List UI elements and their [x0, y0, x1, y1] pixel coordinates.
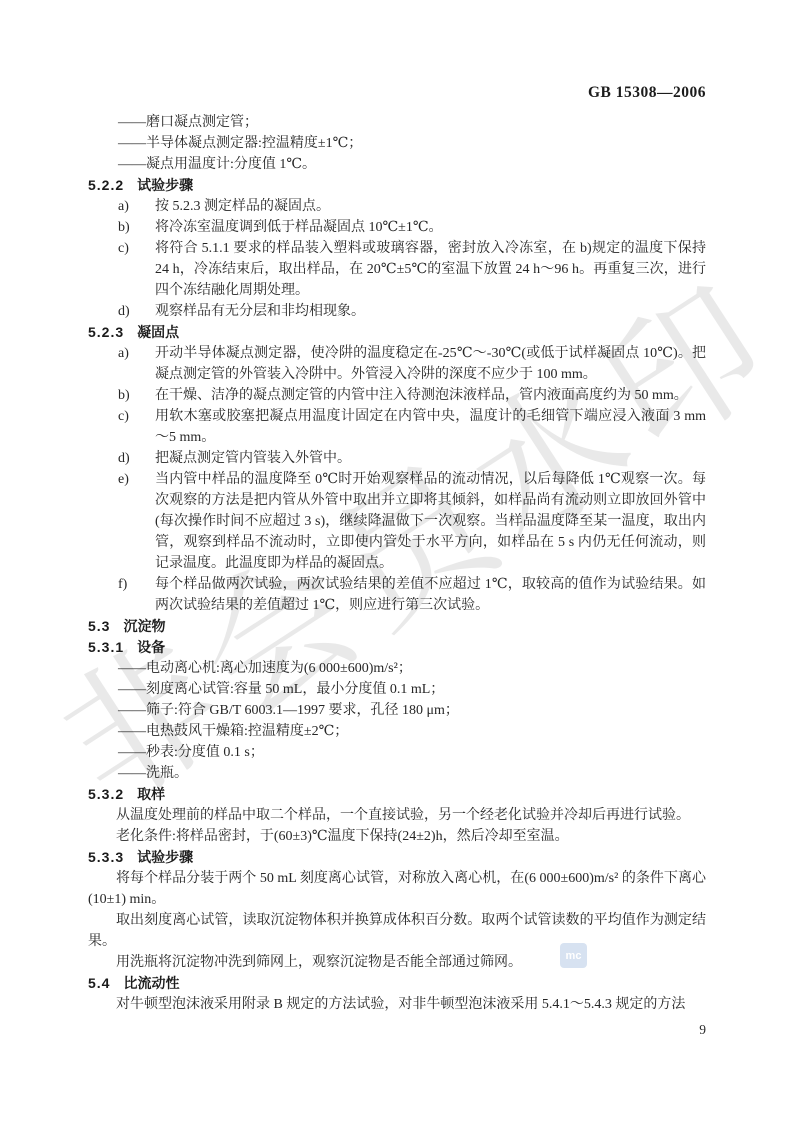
list-item-text: 每个样品做两次试验，两次试验结果的差值不应超过 1℃，取较高的值作为试验结果。如…: [155, 577, 706, 613]
list-item-text: 开动半导体凝点测定器，使冷阱的温度稳定在-25℃～-30℃(或低于试样凝固点 1…: [155, 346, 706, 382]
section-heading: 5.2.2试验步骤: [88, 175, 706, 196]
section-heading: 5.2.3凝固点: [88, 322, 706, 343]
list-item-label: c): [118, 406, 129, 427]
section-title: 比流动性: [123, 975, 179, 991]
list-item-label: a): [118, 196, 129, 217]
section-heading: 5.3沉淀物: [88, 616, 706, 637]
section-title: 沉淀物: [123, 618, 165, 634]
list-item-text: 把凝点测定管内管装入外管中。: [155, 451, 351, 466]
list-item-label: d): [118, 448, 130, 469]
paragraph: 对牛顿型泡沫液采用附录 B 规定的方法试验，对非牛顿型泡沫液采用 5.4.1～5…: [88, 994, 706, 1015]
dash-item: ——秒表:分度值 0.1 s；: [88, 742, 706, 763]
standard-number: GB 15308—2006: [588, 84, 706, 101]
document-page: 非会员水印 GB 15308—2006 ——磨口凝点测定管；——半导体凝点测定器…: [0, 0, 794, 1123]
paragraph: 从温度处理前的样品中取二个样品，一个直接试验，另一个经老化试验并冷却后再进行试验…: [88, 805, 706, 826]
list-item-text: 用软木塞或胶塞把凝点用温度计固定在内管中央，温度计的毛细管下端应浸入液面 3 m…: [155, 409, 706, 445]
list-item: d)观察样品有无分层和非均相现象。: [88, 301, 706, 322]
list-item: d)把凝点测定管内管装入外管中。: [88, 448, 706, 469]
section-heading: 5.4比流动性: [88, 973, 706, 994]
list-item-text: 将冷冻室温度调到低于样品凝固点 10℃±1℃。: [155, 220, 443, 235]
section-title: 设备: [137, 639, 165, 655]
dash-item: ——筛子:符合 GB/T 6003.1—1997 要求，孔径 180 μm；: [88, 700, 706, 721]
list-item-label: b): [118, 385, 130, 406]
dash-item: ——凝点用温度计:分度值 1℃。: [88, 154, 706, 175]
list-item: c)将符合 5.1.1 要求的样品装入塑料或玻璃容器，密封放入冷冻室，在 b)规…: [88, 238, 706, 301]
list-item-text: 当内管中样品的温度降至 0℃时开始观察样品的流动情况，以后每降低 1℃观察一次。…: [155, 472, 706, 571]
list-item-text: 在干燥、洁净的凝点测定管的内管中注入待测泡沫液样品，管内液面高度约为 50 mm…: [155, 388, 688, 403]
list-item: a)按 5.2.3 测定样品的凝固点。: [88, 196, 706, 217]
section-number: 5.3.1: [88, 639, 124, 655]
dash-item: ——刻度离心试管:容量 50 mL，最小分度值 0.1 mL；: [88, 679, 706, 700]
list-item-text: 观察样品有无分层和非均相现象。: [155, 304, 365, 319]
page-header: GB 15308—2006: [88, 84, 706, 102]
document-body: ——磨口凝点测定管；——半导体凝点测定器:控温精度±1℃；——凝点用温度计:分度…: [88, 112, 706, 1015]
list-item: a)开动半导体凝点测定器，使冷阱的温度稳定在-25℃～-30℃(或低于试样凝固点…: [88, 343, 706, 385]
section-title: 凝固点: [137, 324, 179, 340]
section-number: 5.2.2: [88, 177, 124, 193]
section-number: 5.3.3: [88, 849, 124, 865]
list-item-label: f): [118, 574, 127, 595]
section-number: 5.3: [88, 618, 110, 634]
section-number: 5.3.2: [88, 786, 124, 802]
list-item: b)在干燥、洁净的凝点测定管的内管中注入待测泡沫液样品，管内液面高度约为 50 …: [88, 385, 706, 406]
list-item-label: a): [118, 343, 129, 364]
list-item-text: 将符合 5.1.1 要求的样品装入塑料或玻璃容器，密封放入冷冻室，在 b)规定的…: [155, 241, 706, 298]
section-number: 5.2.3: [88, 324, 124, 340]
list-item: f)每个样品做两次试验，两次试验结果的差值不应超过 1℃，取较高的值作为试验结果…: [88, 574, 706, 616]
dash-item: ——电动离心机:离心加速度为(6 000±600)m/s²；: [88, 658, 706, 679]
dash-item: ——磨口凝点测定管；: [88, 112, 706, 133]
list-item: c)用软木塞或胶塞把凝点用温度计固定在内管中央，温度计的毛细管下端应浸入液面 3…: [88, 406, 706, 448]
paragraph: 用洗瓶将沉淀物冲洗到筛网上，观察沉淀物是否能全部通过筛网。: [88, 952, 706, 973]
section-title: 试验步骤: [137, 849, 193, 865]
section-number: 5.4: [88, 975, 110, 991]
paragraph: 老化条件:将样品密封，于(60±3)℃温度下保持(24±2)h，然后冷却至室温。: [88, 826, 706, 847]
section-heading: 5.3.2取样: [88, 784, 706, 805]
dash-item: ——半导体凝点测定器:控温精度±1℃；: [88, 133, 706, 154]
section-title: 试验步骤: [137, 177, 193, 193]
section-title: 取样: [137, 786, 165, 802]
paragraph: 将每个样品分装于两个 50 mL 刻度离心试管，对称放入离心机，在(6 000±…: [88, 868, 706, 910]
dash-item: ——洗瓶。: [88, 763, 706, 784]
list-item-text: 按 5.2.3 测定样品的凝固点。: [155, 199, 330, 214]
list-item: e)当内管中样品的温度降至 0℃时开始观察样品的流动情况，以后每降低 1℃观察一…: [88, 469, 706, 574]
dash-item: ——电热鼓风干燥箱:控温精度±2℃；: [88, 721, 706, 742]
section-heading: 5.3.3试验步骤: [88, 847, 706, 868]
list-item-label: c): [118, 238, 129, 259]
page-number: 9: [606, 1022, 706, 1038]
section-heading: 5.3.1设备: [88, 637, 706, 658]
list-item-label: b): [118, 217, 130, 238]
list-item-label: e): [118, 469, 129, 490]
list-item: b)将冷冻室温度调到低于样品凝固点 10℃±1℃。: [88, 217, 706, 238]
list-item-label: d): [118, 301, 130, 322]
paragraph: 取出刻度离心试管，读取沉淀物体积并换算成体积百分数。取两个试管读数的平均值作为测…: [88, 910, 706, 952]
